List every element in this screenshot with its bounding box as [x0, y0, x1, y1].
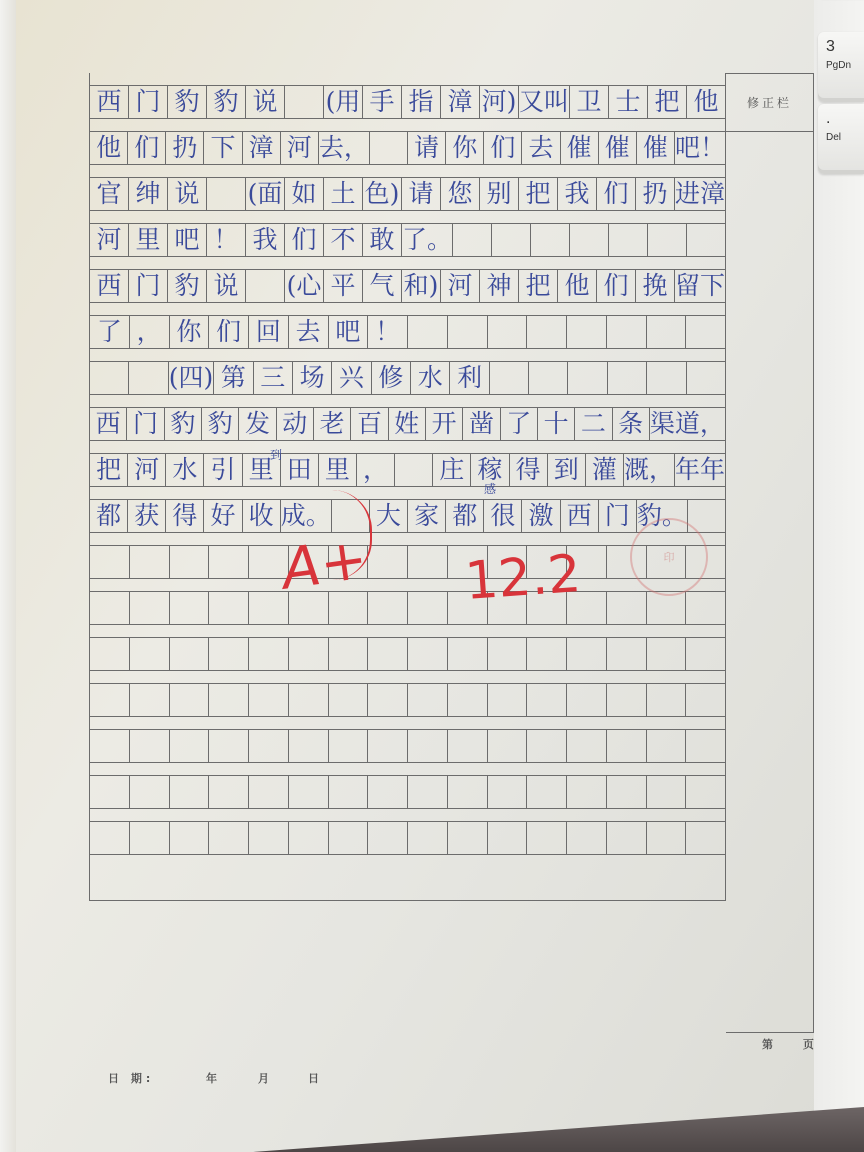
grid-cell: 二 — [575, 408, 612, 440]
grid-cell — [408, 684, 448, 716]
key-main-label: . — [826, 110, 864, 128]
grid-cell — [527, 316, 567, 348]
grid-cell: 河 — [90, 224, 129, 256]
grid-cell: 别 — [480, 178, 519, 210]
grid-cell: 凿 — [463, 408, 500, 440]
grid-cell: 他 — [558, 270, 597, 302]
grid-cell: 催 — [637, 132, 675, 164]
grid-cell: 激 — [522, 500, 560, 532]
grid-cell: 很 — [484, 500, 522, 532]
grid-cell — [249, 822, 289, 854]
grid-cell — [607, 316, 647, 348]
grid-row: (四)第三场兴修水利 — [89, 349, 726, 395]
grid-cell: ！ — [207, 224, 246, 256]
grid-cell: 田 — [281, 454, 319, 486]
grid-cell — [687, 362, 725, 394]
grid-row: 都获得好收成。大家都很激西门豹。 — [89, 487, 726, 533]
grid-cell — [246, 270, 285, 302]
grid-cell — [209, 546, 249, 578]
grid-cell: 说 — [246, 86, 285, 118]
grid-cell: 灌 — [586, 454, 624, 486]
grid-cell: 场 — [293, 362, 332, 394]
grid-cell — [490, 362, 529, 394]
grid-cell: 如 — [285, 178, 324, 210]
grid-cell: (面 — [246, 178, 285, 210]
grid-cell: 催 — [561, 132, 599, 164]
grid-cell — [527, 638, 567, 670]
grid-cell — [647, 822, 687, 854]
grid-cell — [130, 822, 170, 854]
grid-cell: 豹 — [168, 86, 207, 118]
grid-cell: 姓 — [389, 408, 426, 440]
grid-cell: 豹 — [168, 270, 207, 302]
grid-row — [89, 809, 726, 855]
grid-cell: (心 — [285, 270, 324, 302]
insertion-mark: 到 — [270, 446, 282, 463]
grid-cell: 平 — [324, 270, 363, 302]
stamp-text: 印 — [664, 549, 675, 565]
row-spacer — [89, 257, 726, 269]
grid-cell: 河 — [441, 270, 480, 302]
grid-row: 了，你们回去吧！ — [89, 303, 726, 349]
grid-cell: 们 — [128, 132, 166, 164]
grid-cell: 我 — [246, 224, 285, 256]
date-label: 日 期: — [108, 1070, 206, 1086]
grid-cell — [249, 730, 289, 762]
grid-cell: 们 — [597, 270, 636, 302]
grid-cell: 气 — [363, 270, 402, 302]
grid-cell — [448, 684, 488, 716]
grid-cell — [90, 684, 130, 716]
grid-cell: 好 — [204, 500, 242, 532]
grid-cell: 们 — [484, 132, 522, 164]
grid-cells: 河里吧！我们不敢了。 — [89, 223, 726, 257]
grid-cell — [368, 822, 408, 854]
grid-cell: 漳 — [441, 86, 480, 118]
grid-cell — [130, 684, 170, 716]
grid-cell — [488, 316, 528, 348]
grid-cell — [448, 316, 488, 348]
grid-cell: 指 — [402, 86, 441, 118]
grid-row: 河里吧！我们不敢了。 — [89, 211, 726, 257]
grid-cell: 豹 — [207, 86, 246, 118]
grid-cell: 催 — [599, 132, 637, 164]
row-spacer — [89, 349, 726, 361]
grid-row — [89, 671, 726, 717]
grid-cell: 去， — [319, 132, 370, 164]
correction-column-header: 修正栏 — [726, 74, 813, 132]
grid-cell: 敢 — [363, 224, 402, 256]
grid-cell: ， — [357, 454, 395, 486]
grid-cell: 把 — [519, 178, 558, 210]
grid-cell — [170, 730, 210, 762]
grid-cell: 西 — [90, 408, 127, 440]
grid-cell: 溉， — [624, 454, 675, 486]
grid-cells — [89, 821, 726, 855]
grid-cell — [289, 638, 329, 670]
grid-cell — [686, 684, 725, 716]
grid-cell: 年年 — [675, 454, 725, 486]
grid-cell: 到 — [548, 454, 586, 486]
grid-cell: 们 — [209, 316, 249, 348]
grid-cell — [408, 638, 448, 670]
row-spacer — [89, 671, 726, 683]
grid-cell — [488, 730, 528, 762]
grid-cell — [90, 730, 130, 762]
grid-cell: 开 — [426, 408, 463, 440]
grid-cell: 说 — [168, 178, 207, 210]
grid-cell — [170, 638, 210, 670]
year-label: 年 — [206, 1070, 258, 1086]
row-spacer — [89, 211, 726, 223]
row-spacer — [89, 809, 726, 821]
grid-cell — [570, 224, 609, 256]
grid-cell — [529, 362, 568, 394]
row-spacer — [89, 395, 726, 407]
grid-cell: 您 — [441, 178, 480, 210]
grid-cell: 去 — [289, 316, 329, 348]
grid-cell — [329, 684, 369, 716]
grid-cell: 了 — [501, 408, 538, 440]
grid-cell: 第 — [214, 362, 253, 394]
grid-cell: ！ — [368, 316, 408, 348]
grid-cell: 他 — [687, 86, 725, 118]
grid-cell — [90, 776, 130, 808]
key-main-label: 3 — [826, 38, 864, 56]
grid-cell — [408, 776, 448, 808]
footer-date: 日 期: 年 月 日 — [108, 1070, 319, 1086]
grid-cell: 们 — [597, 178, 636, 210]
key-sub-label: PgDn — [826, 60, 864, 71]
grid-cells — [89, 729, 726, 763]
grid-cell — [647, 592, 687, 624]
grid-cell — [249, 638, 289, 670]
grid-row: 他们扔下漳河去，请你们去催催催吧！ — [89, 119, 726, 165]
grid-cell: 不 — [324, 224, 363, 256]
grid-cells: 西门豹说(心平气和)河神把他们挽留下 — [89, 269, 726, 303]
grid-cell — [648, 224, 687, 256]
grid-cell — [170, 776, 210, 808]
grid-cell — [567, 822, 607, 854]
grid-row: 官绅说(面如土色)请您别把我们扔进漳 — [89, 165, 726, 211]
grid-bottom-margin — [89, 855, 726, 901]
footer-page-number: 第 页 — [762, 1036, 814, 1052]
grid-cell — [289, 776, 329, 808]
grid-cell — [170, 592, 210, 624]
grid-cells: 了，你们回去吧！ — [89, 315, 726, 349]
grid-cell: 发 — [239, 408, 276, 440]
grid-cell — [368, 776, 408, 808]
grid-cell — [686, 822, 725, 854]
grid-cell: 三 — [254, 362, 293, 394]
row-spacer — [89, 579, 726, 591]
grid-cell — [687, 224, 725, 256]
grid-cell: 把 — [648, 86, 687, 118]
grid-cell — [370, 132, 408, 164]
grid-cell: 河 — [128, 454, 166, 486]
grid-cell — [686, 592, 725, 624]
grid-cell: 得 — [510, 454, 548, 486]
grid-cell: 十 — [538, 408, 575, 440]
grid-cell — [568, 362, 607, 394]
grid-cell — [607, 592, 647, 624]
grid-cells: 把河水引里田里，庄稼得到灌溉，年年 — [89, 453, 726, 487]
grid-cell — [329, 776, 369, 808]
grid-cell: 门 — [129, 270, 168, 302]
grid-cell: 门 — [127, 408, 164, 440]
grid-cell — [492, 224, 531, 256]
grid-cell: 了 — [90, 316, 130, 348]
grid-cell: 动 — [277, 408, 314, 440]
grid-cell — [90, 546, 130, 578]
row-spacer — [89, 73, 726, 85]
grid-cell — [607, 730, 647, 762]
grid-cells: 西门豹豹发动老百姓开凿了十二条渠道， — [89, 407, 726, 441]
grid-cell: 神 — [480, 270, 519, 302]
grid-cell: 进漳 — [675, 178, 725, 210]
grid-cell: 们 — [285, 224, 324, 256]
grid-cell — [368, 730, 408, 762]
grid-cell — [567, 730, 607, 762]
grid-cell — [408, 822, 448, 854]
grid-cell — [488, 684, 528, 716]
grid-cell — [448, 822, 488, 854]
grid-cell — [209, 684, 249, 716]
grid-cell: 河 — [281, 132, 319, 164]
grid-cell — [170, 684, 210, 716]
grid-cell — [130, 730, 170, 762]
grid-cell: 里 — [319, 454, 357, 486]
grid-cell — [686, 316, 725, 348]
grid-cell: 河) — [480, 86, 519, 118]
grid-cell — [249, 776, 289, 808]
grid-cell: 里 — [129, 224, 168, 256]
grid-cells — [89, 775, 726, 809]
grid-cell: 手 — [363, 86, 402, 118]
grid-cell: 下 — [204, 132, 242, 164]
grid-cell: 西 — [90, 86, 129, 118]
grid-cell: 老 — [314, 408, 351, 440]
grid-cell: 大 — [370, 500, 408, 532]
grid-cells — [89, 637, 726, 671]
grid-cell: 绅 — [129, 178, 168, 210]
grid-cell — [488, 822, 528, 854]
grid-cell — [329, 730, 369, 762]
grid-cell — [408, 592, 448, 624]
grid-cell: 士 — [609, 86, 648, 118]
day-label: 日 — [308, 1070, 319, 1086]
grid-cell: 庄 — [433, 454, 471, 486]
grid-cell: 卫 — [570, 86, 609, 118]
grid-cell: 西 — [561, 500, 599, 532]
faded-stamp: 印 — [630, 518, 708, 596]
grid-cell — [448, 730, 488, 762]
grid-cell — [130, 546, 170, 578]
grid-cell: 留下 — [675, 270, 725, 302]
grid-cell — [567, 776, 607, 808]
grid-cell: 又叫 — [519, 86, 570, 118]
grid-cell: ， — [130, 316, 170, 348]
grid-cell: 获 — [128, 500, 166, 532]
grid-cell: 兴 — [332, 362, 371, 394]
grid-cell: 扔 — [166, 132, 204, 164]
grid-cell — [368, 684, 408, 716]
grid-cell: 漳 — [243, 132, 281, 164]
row-spacer — [89, 717, 726, 729]
grid-cell: 得 — [166, 500, 204, 532]
page-label: 第 — [762, 1038, 773, 1051]
grid-cell: 利 — [450, 362, 489, 394]
row-spacer — [89, 625, 726, 637]
grid-cell — [408, 730, 448, 762]
correction-column: 修正栏 — [726, 73, 814, 1033]
grid-cell: 水 — [411, 362, 450, 394]
grid-cell — [249, 592, 289, 624]
grid-cell — [647, 638, 687, 670]
grid-cell: 门 — [599, 500, 637, 532]
grid-cell: 引 — [204, 454, 242, 486]
grid-cell: 请 — [402, 178, 441, 210]
grid-cell — [686, 638, 725, 670]
grid-row — [89, 625, 726, 671]
grid-cell: 了。 — [402, 224, 453, 256]
grid-cell — [395, 454, 433, 486]
grid-cell — [527, 730, 567, 762]
grid-cell: 土 — [324, 178, 363, 210]
grid-cell — [170, 822, 210, 854]
keyboard-area: 3 PgDn . Del — [814, 0, 864, 1152]
grid-cell — [209, 822, 249, 854]
grid-row: 把河水引里田里，庄稼得到灌溉，年年 — [89, 441, 726, 487]
grid-cell: 官 — [90, 178, 129, 210]
grid-cell — [527, 822, 567, 854]
row-spacer — [89, 441, 726, 453]
grid-cell — [567, 638, 607, 670]
grid-row — [89, 763, 726, 809]
writing-grid: 西门豹豹说(用手指漳河)又叫卫士把他他们扔下漳河去，请你们去催催催吧！官绅说(面… — [89, 73, 726, 901]
grid-cell — [567, 316, 607, 348]
grid-cell — [90, 638, 130, 670]
grid-cell: 色) — [363, 178, 402, 210]
row-spacer — [89, 533, 726, 545]
grid-cell — [249, 684, 289, 716]
grid-cells: 西门豹豹说(用手指漳河)又叫卫士把他 — [89, 85, 726, 119]
grid-cell — [448, 776, 488, 808]
grid-cell: (四) — [169, 362, 215, 394]
grid-cell — [289, 822, 329, 854]
grid-cell — [130, 776, 170, 808]
teacher-grade: A+ — [278, 526, 371, 602]
row-spacer — [89, 165, 726, 177]
grid-cell — [607, 822, 647, 854]
grid-cell — [647, 730, 687, 762]
grid-cell: 把 — [90, 454, 128, 486]
grid-cell — [90, 822, 130, 854]
grid-cell — [608, 362, 647, 394]
grid-cell: 水 — [166, 454, 204, 486]
grid-cells — [89, 591, 726, 625]
grid-cell: 和) — [402, 270, 441, 302]
grid-row — [89, 717, 726, 763]
grid-cell — [488, 776, 528, 808]
grid-cell — [329, 638, 369, 670]
key-sub-label: Del — [826, 132, 864, 143]
grid-cell — [607, 776, 647, 808]
grid-cell: 吧 — [329, 316, 369, 348]
grid-cells — [89, 683, 726, 717]
grid-cell — [289, 730, 329, 762]
teacher-date: 12.2 — [463, 544, 583, 612]
grid-cell — [368, 546, 408, 578]
grid-cell — [408, 316, 448, 348]
grid-cell — [170, 546, 210, 578]
page-suffix: 页 — [803, 1038, 814, 1051]
grid-cell: (用 — [324, 86, 363, 118]
grid-cell: 我 — [558, 178, 597, 210]
grid-cell: 吧！ — [675, 132, 725, 164]
grid-cell — [285, 86, 324, 118]
grid-cell — [130, 592, 170, 624]
grid-row — [89, 579, 726, 625]
grid-cells: 都获得好收成。大家都很激西门豹。 — [89, 499, 726, 533]
grid-cell — [408, 546, 448, 578]
grid-cell: 回 — [249, 316, 289, 348]
row-spacer — [89, 763, 726, 775]
grid-cell: 百 — [351, 408, 388, 440]
grid-cell: 西 — [90, 270, 129, 302]
grid-cell: 挽 — [636, 270, 675, 302]
grid-cell: 请 — [408, 132, 446, 164]
grid-cell — [207, 178, 246, 210]
grid-row: 西门豹豹说(用手指漳河)又叫卫士把他 — [89, 73, 726, 119]
grid-cell — [329, 822, 369, 854]
grid-cell — [129, 362, 168, 394]
grid-cell — [130, 638, 170, 670]
grid-cell: 收 — [243, 500, 281, 532]
grid-cell — [209, 592, 249, 624]
keyboard-key-del: . Del — [818, 104, 864, 174]
grid-row: 西门豹说(心平气和)河神把他们挽留下 — [89, 257, 726, 303]
grid-cell: 门 — [129, 86, 168, 118]
grid-cell — [647, 316, 687, 348]
grid-cell: 豹 — [202, 408, 239, 440]
grid-cell — [90, 362, 129, 394]
grid-cell: 条 — [613, 408, 650, 440]
grid-cell: 都 — [90, 500, 128, 532]
grid-cell: 你 — [170, 316, 210, 348]
grid-cell: 吧 — [168, 224, 207, 256]
grid-cell — [329, 592, 369, 624]
grid-cell: 渠道， — [650, 408, 725, 440]
grid-cells: 他们扔下漳河去，请你们去催催催吧！ — [89, 131, 726, 165]
grid-cell — [531, 224, 570, 256]
grid-cells: 官绅说(面如土色)请您别把我们扔进漳 — [89, 177, 726, 211]
insertion-mark: 感 — [484, 480, 496, 497]
grid-cell — [607, 684, 647, 716]
grid-cell — [647, 684, 687, 716]
grid-cell — [567, 684, 607, 716]
grid-cell: 家 — [408, 500, 446, 532]
grid-cell — [209, 730, 249, 762]
grid-cell: 扔 — [636, 178, 675, 210]
grid-cell: 把 — [519, 270, 558, 302]
row-spacer — [89, 303, 726, 315]
grid-cell: 去 — [522, 132, 560, 164]
grid-cell — [686, 730, 725, 762]
grid-cell — [289, 684, 329, 716]
grid-cell — [448, 638, 488, 670]
grid-cell: 修 — [372, 362, 411, 394]
